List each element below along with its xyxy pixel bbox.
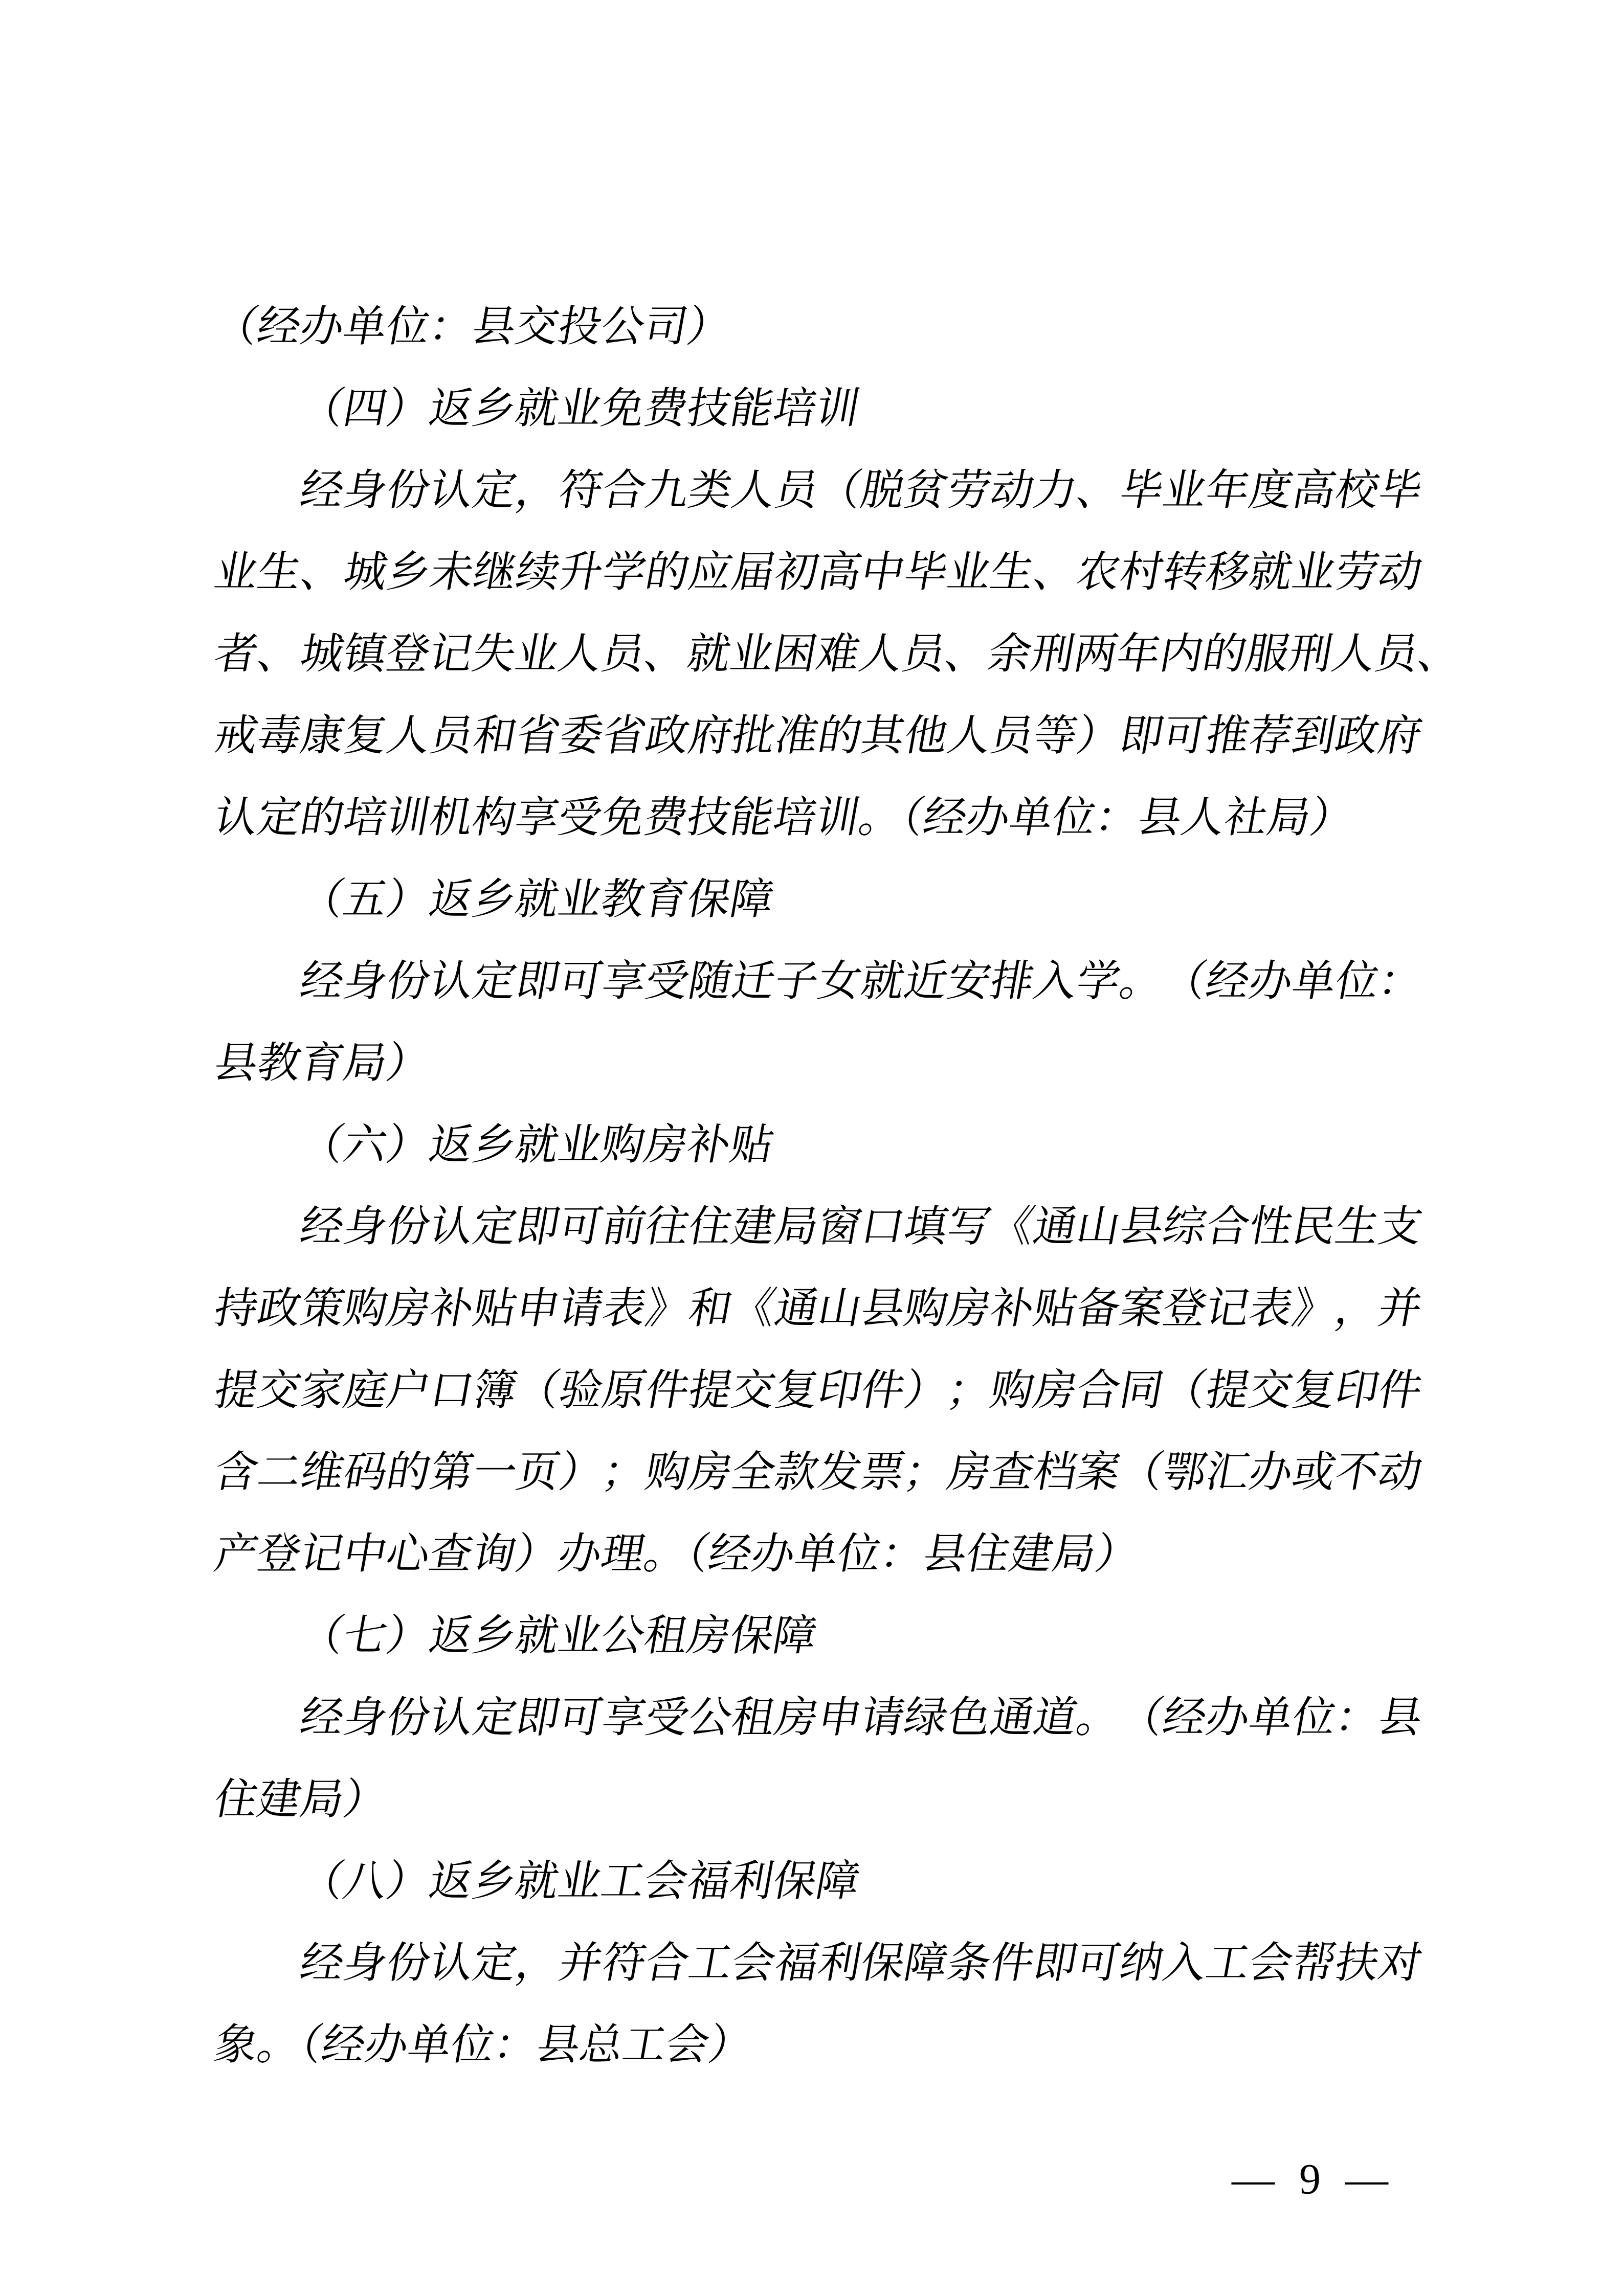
- text-line: 经身份认定，符合九类人员（脱贫劳动力、毕业年度高校毕: [208, 450, 1429, 532]
- text-line: 持政策购房补贴申请表》和《通山县购房补贴备案登记表》，并: [208, 1268, 1429, 1350]
- text-line: 认定的培训机构享受免费技能培训。（经办单位：县人社局）: [208, 777, 1429, 859]
- text-line: 戒毒康复人员和省委省政府批准的其他人员等）即可推荐到政府: [208, 695, 1429, 777]
- text-line: 产登记中心查询）办理。（经办单位：县住建局）: [208, 1514, 1429, 1595]
- text-line: 住建局）: [208, 1759, 1429, 1841]
- text-line: 者、城镇登记失业人员、就业困难人员、余刑两年内的服刑人员、: [208, 614, 1429, 695]
- page-number: —9—: [1232, 2139, 1388, 2221]
- text-line: （六）返乡就业购房补贴: [208, 1105, 1429, 1186]
- text-line: 含二维码的第一页）；购房全款发票；房查档案（鄂汇办或不动: [208, 1432, 1429, 1514]
- text-line: 提交家庭户口簿（验原件提交复印件）；购房合同（提交复印件: [208, 1350, 1429, 1432]
- text-line: 经身份认定即可享受随迁子女就近安排入学。（经办单位：: [208, 941, 1429, 1023]
- document-page: （经办单位：县交投公司）（四）返乡就业免费技能培训经身份认定，符合九类人员（脱贫…: [0, 0, 1624, 2296]
- page-number-dash-right: —: [1345, 2156, 1388, 2203]
- text-line: 象。（经办单位：县总工会）: [208, 2005, 1429, 2086]
- text-line: 业生、城乡未继续升学的应届初高中毕业生、农村转移就业劳动: [208, 532, 1429, 614]
- page-number-dash-left: —: [1232, 2156, 1275, 2203]
- text-line: （四）返乡就业免费技能培训: [208, 368, 1429, 450]
- text-line: （八）返乡就业工会福利保障: [208, 1841, 1429, 1923]
- text-line: 经身份认定即可前往住建局窗口填写《通山县综合性民生支: [208, 1186, 1429, 1268]
- text-line: （七）返乡就业公租房保障: [208, 1595, 1429, 1677]
- text-line: （五）返乡就业教育保障: [208, 859, 1429, 941]
- text-line: 县教育局）: [208, 1023, 1429, 1105]
- text-line: （经办单位：县交投公司）: [208, 286, 1429, 368]
- text-line: 经身份认定，并符合工会福利保障条件即可纳入工会帮扶对: [208, 1923, 1429, 2005]
- document-body: （经办单位：县交投公司）（四）返乡就业免费技能培训经身份认定，符合九类人员（脱贫…: [215, 286, 1422, 2086]
- text-line: 经身份认定即可享受公租房申请绿色通道。（经办单位：县: [208, 1677, 1429, 1759]
- page-number-value: 9: [1299, 2156, 1321, 2203]
